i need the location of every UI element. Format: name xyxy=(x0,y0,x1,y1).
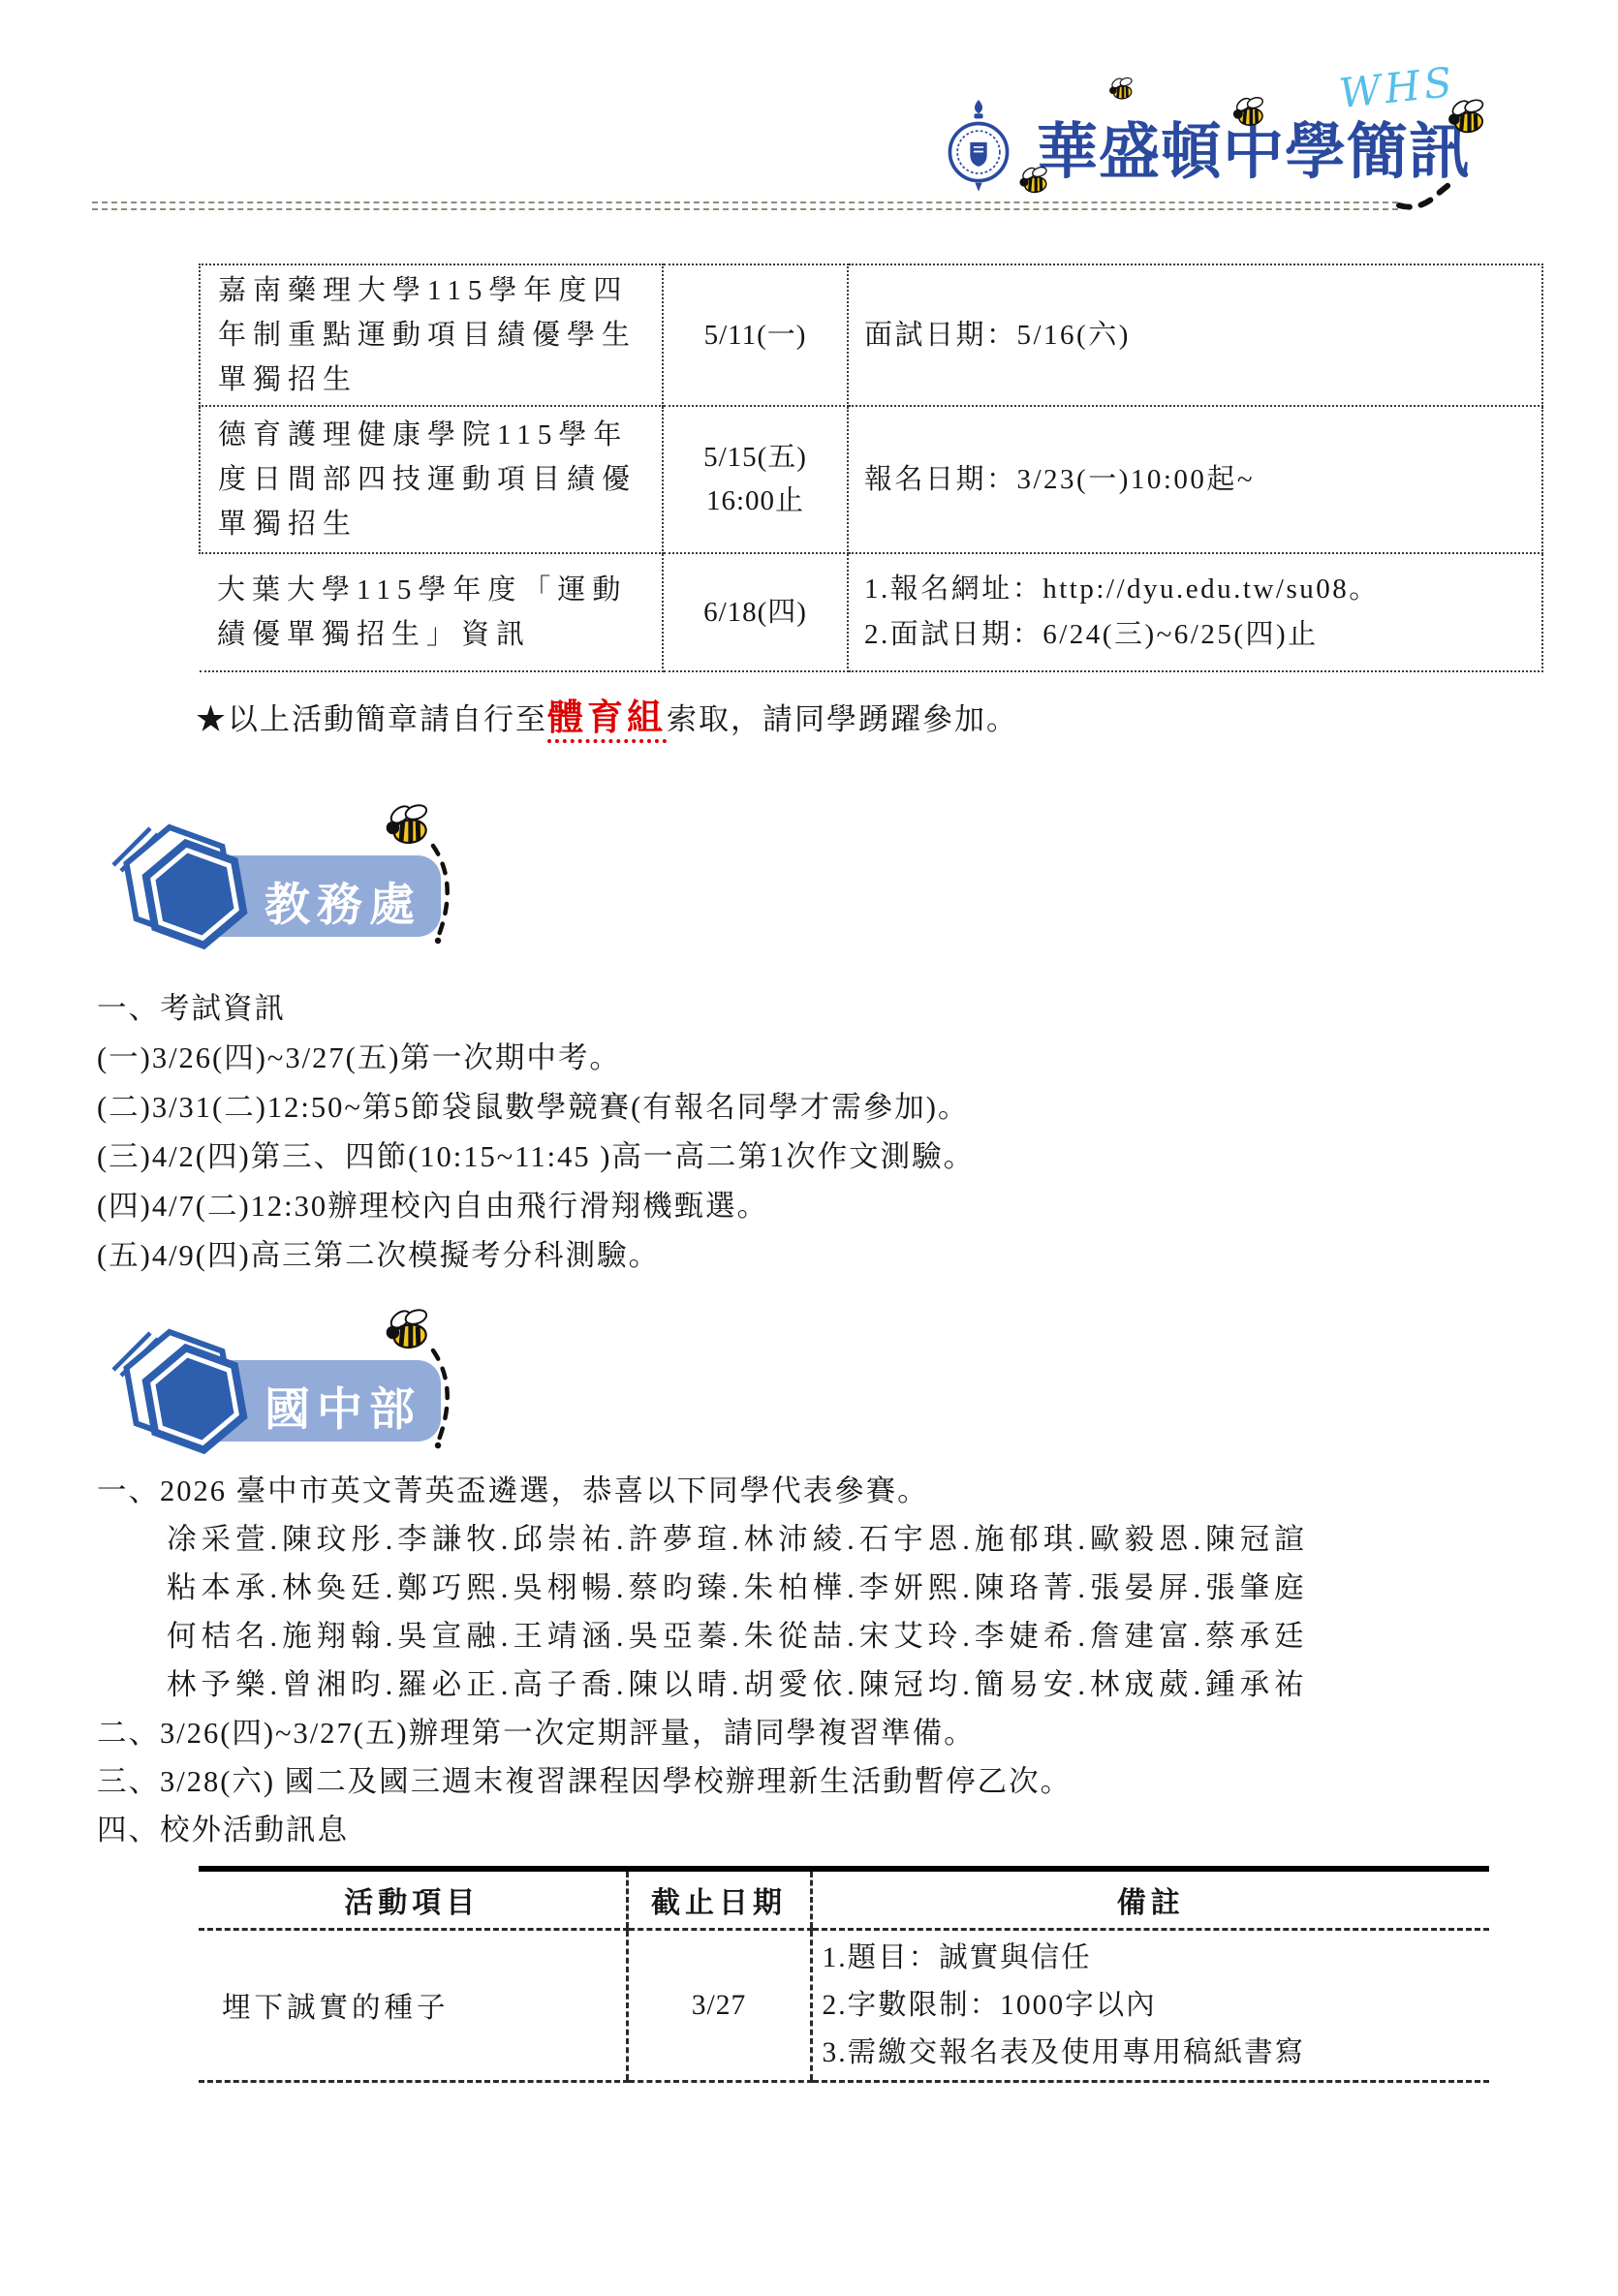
list-item: (三)4/2(四)第三、四節(10:15~11:45 )高一高二第1次作文測驗。 xyxy=(97,1132,1540,1182)
activity-notes: 1.題目：誠實與信任 2.字數限制：1000字以內 3.需繳交報名表及使用專用稿… xyxy=(811,1930,1489,2082)
junior-high-list: 一、2026 臺中市英文菁英盃遴選，恭喜以下同學代表參賽。 凃采萱.陳玟彤.李謙… xyxy=(97,1467,1540,1854)
column-header: 備註 xyxy=(811,1869,1489,1930)
list-item: 一、考試資訊 xyxy=(97,984,1540,1034)
table-row: 大葉大學115學年度「運動績優單獨招生」資訊 6/18(四) 1.報名網址：ht… xyxy=(200,553,1542,671)
table-row: 德育護理健康學院115學年度日間部四技運動項目績優單獨招生 5/15(五) 16… xyxy=(200,406,1542,553)
student-names-line: 凃采萱.陳玟彤.李謙牧.邱崇祐.許夢瑄.林沛綾.石宇恩.施郁琪.歐毅恩.陳冠諠 xyxy=(167,1515,1540,1564)
admission-deadline: 5/15(五) 16:00止 xyxy=(663,406,848,553)
student-names-line: 何桔名.施翔翰.吳宣融.王靖涵.吳亞蓁.朱從喆.宋艾玲.李婕希.詹建富.蔡承廷 xyxy=(167,1612,1540,1660)
bee-icon xyxy=(1230,95,1269,130)
admission-note: 1.報名網址：http://dyu.edu.tw/su08。 2.面試日期：6/… xyxy=(848,553,1542,671)
note-line: 2.面試日期：6/24(三)~6/25(四)止 xyxy=(864,612,1526,658)
admissions-table: 嘉南藥理大學115學年度四年制重點運動項目績優學生單獨招生 5/11(一) 面試… xyxy=(199,264,1543,672)
note-line: 2.字數限制：1000字以內 xyxy=(823,1982,1489,2030)
note-line: 3.需繳交報名表及使用專用稿紙書寫 xyxy=(823,2030,1489,2077)
bee-flight-trail xyxy=(1395,174,1459,213)
deadline-line: 16:00止 xyxy=(665,480,846,523)
admission-name: 大葉大學115學年度「運動績優單獨招生」資訊 xyxy=(200,553,663,671)
star-note-suffix: 索取，請同學踴躍參加。 xyxy=(667,702,1018,736)
list-item: 三、3/28(六) 國二及國三週末複習課程因學校辦理新生活動暫停乙次。 xyxy=(97,1757,1540,1806)
star-note-highlight: 體育組 xyxy=(547,698,667,743)
admission-deadline: 6/18(四) xyxy=(663,553,848,671)
admission-note: 面試日期：5/16(六) xyxy=(848,264,1542,406)
section-badge-label: 教務處 xyxy=(264,869,421,934)
bee-icon xyxy=(1446,97,1490,138)
admission-deadline: 5/11(一) xyxy=(663,264,848,406)
bee-icon xyxy=(383,801,435,850)
table-row: 嘉南藥理大學115學年度四年制重點運動項目績優學生單獨招生 5/11(一) 面試… xyxy=(200,264,1542,406)
bee-icon xyxy=(1107,76,1136,103)
star-note: ★以上活動簡章請自行至體育組索取，請同學踴躍參加。 xyxy=(196,688,1018,740)
activity-deadline: 3/27 xyxy=(627,1930,811,2082)
list-item: (一)3/26(四)~3/27(五)第一次期中考。 xyxy=(97,1034,1540,1083)
school-seal-icon xyxy=(946,99,1011,202)
newsletter-page: 華盛頓中學簡訊 WHS 嘉南藥理大學115學年度四年制重點運動項目績優學生單獨招 xyxy=(0,0,1618,2296)
list-item: 一、2026 臺中市英文菁英盃遴選，恭喜以下同學代表參賽。 xyxy=(97,1467,1540,1515)
admission-name: 嘉南藥理大學115學年度四年制重點運動項目績優學生單獨招生 xyxy=(200,264,663,406)
section-badge-label: 國中部 xyxy=(264,1374,421,1439)
list-item: (四)4/7(二)12:30辦理校內自由飛行滑翔機甄選。 xyxy=(97,1182,1540,1231)
activities-table: 活動項目 截止日期 備註 埋下誠實的種子 3/27 1.題目：誠實與信任 2.字… xyxy=(199,1866,1489,2083)
academic-affairs-list: 一、考試資訊 (一)3/26(四)~3/27(五)第一次期中考。 (二)3/31… xyxy=(97,984,1540,1281)
table-header-row: 活動項目 截止日期 備註 xyxy=(199,1869,1489,1930)
table-row: 埋下誠實的種子 3/27 1.題目：誠實與信任 2.字數限制：1000字以內 3… xyxy=(199,1930,1489,2082)
note-line: 面試日期：5/16(六) xyxy=(864,313,1526,358)
student-names-line: 粘本承.林奐廷.鄭巧熙.吳栩暢.蔡昀臻.朱柏樺.李妍熙.陳珞菁.張晏屏.張肇庭 xyxy=(167,1564,1540,1612)
admission-name: 德育護理健康學院115學年度日間部四技運動項目績優單獨招生 xyxy=(200,406,663,553)
admission-note: 報名日期：3/23(一)10:00起~ xyxy=(848,406,1542,553)
column-header: 活動項目 xyxy=(199,1869,627,1930)
column-header: 截止日期 xyxy=(627,1869,811,1930)
activity-name: 埋下誠實的種子 xyxy=(199,1930,627,2082)
student-names-line: 林予樂.曾湘昀.羅必正.高子喬.陳以晴.胡愛依.陳冠均.簡易安.林宬葳.鍾承祐 xyxy=(167,1660,1540,1709)
section-badge-academic-affairs: 教務處 xyxy=(100,815,468,979)
section-badge-junior-high: 國中部 xyxy=(100,1319,468,1484)
deadline-line: 5/15(五) xyxy=(665,436,846,480)
list-item: 二、3/26(四)~3/27(五)辦理第一次定期評量，請同學複習準備。 xyxy=(97,1709,1540,1757)
note-line: 報名日期：3/23(一)10:00起~ xyxy=(864,457,1526,503)
list-item: (五)4/9(四)高三第二次模擬考分科測驗。 xyxy=(97,1231,1540,1281)
list-item: 四、校外活動訊息 xyxy=(97,1806,1540,1854)
header-separator xyxy=(92,202,1398,210)
note-line: 1.報名網址：http://dyu.edu.tw/su08。 xyxy=(864,567,1526,612)
note-line: 1.題目：誠實與信任 xyxy=(823,1935,1489,1982)
star-note-prefix: ★以上活動簡章請自行至 xyxy=(196,702,547,736)
bee-icon xyxy=(383,1306,435,1354)
bee-icon xyxy=(1017,165,1052,197)
list-item: (二)3/31(二)12:50~第5節袋鼠數學競賽(有報名同學才需參加)。 xyxy=(97,1083,1540,1132)
